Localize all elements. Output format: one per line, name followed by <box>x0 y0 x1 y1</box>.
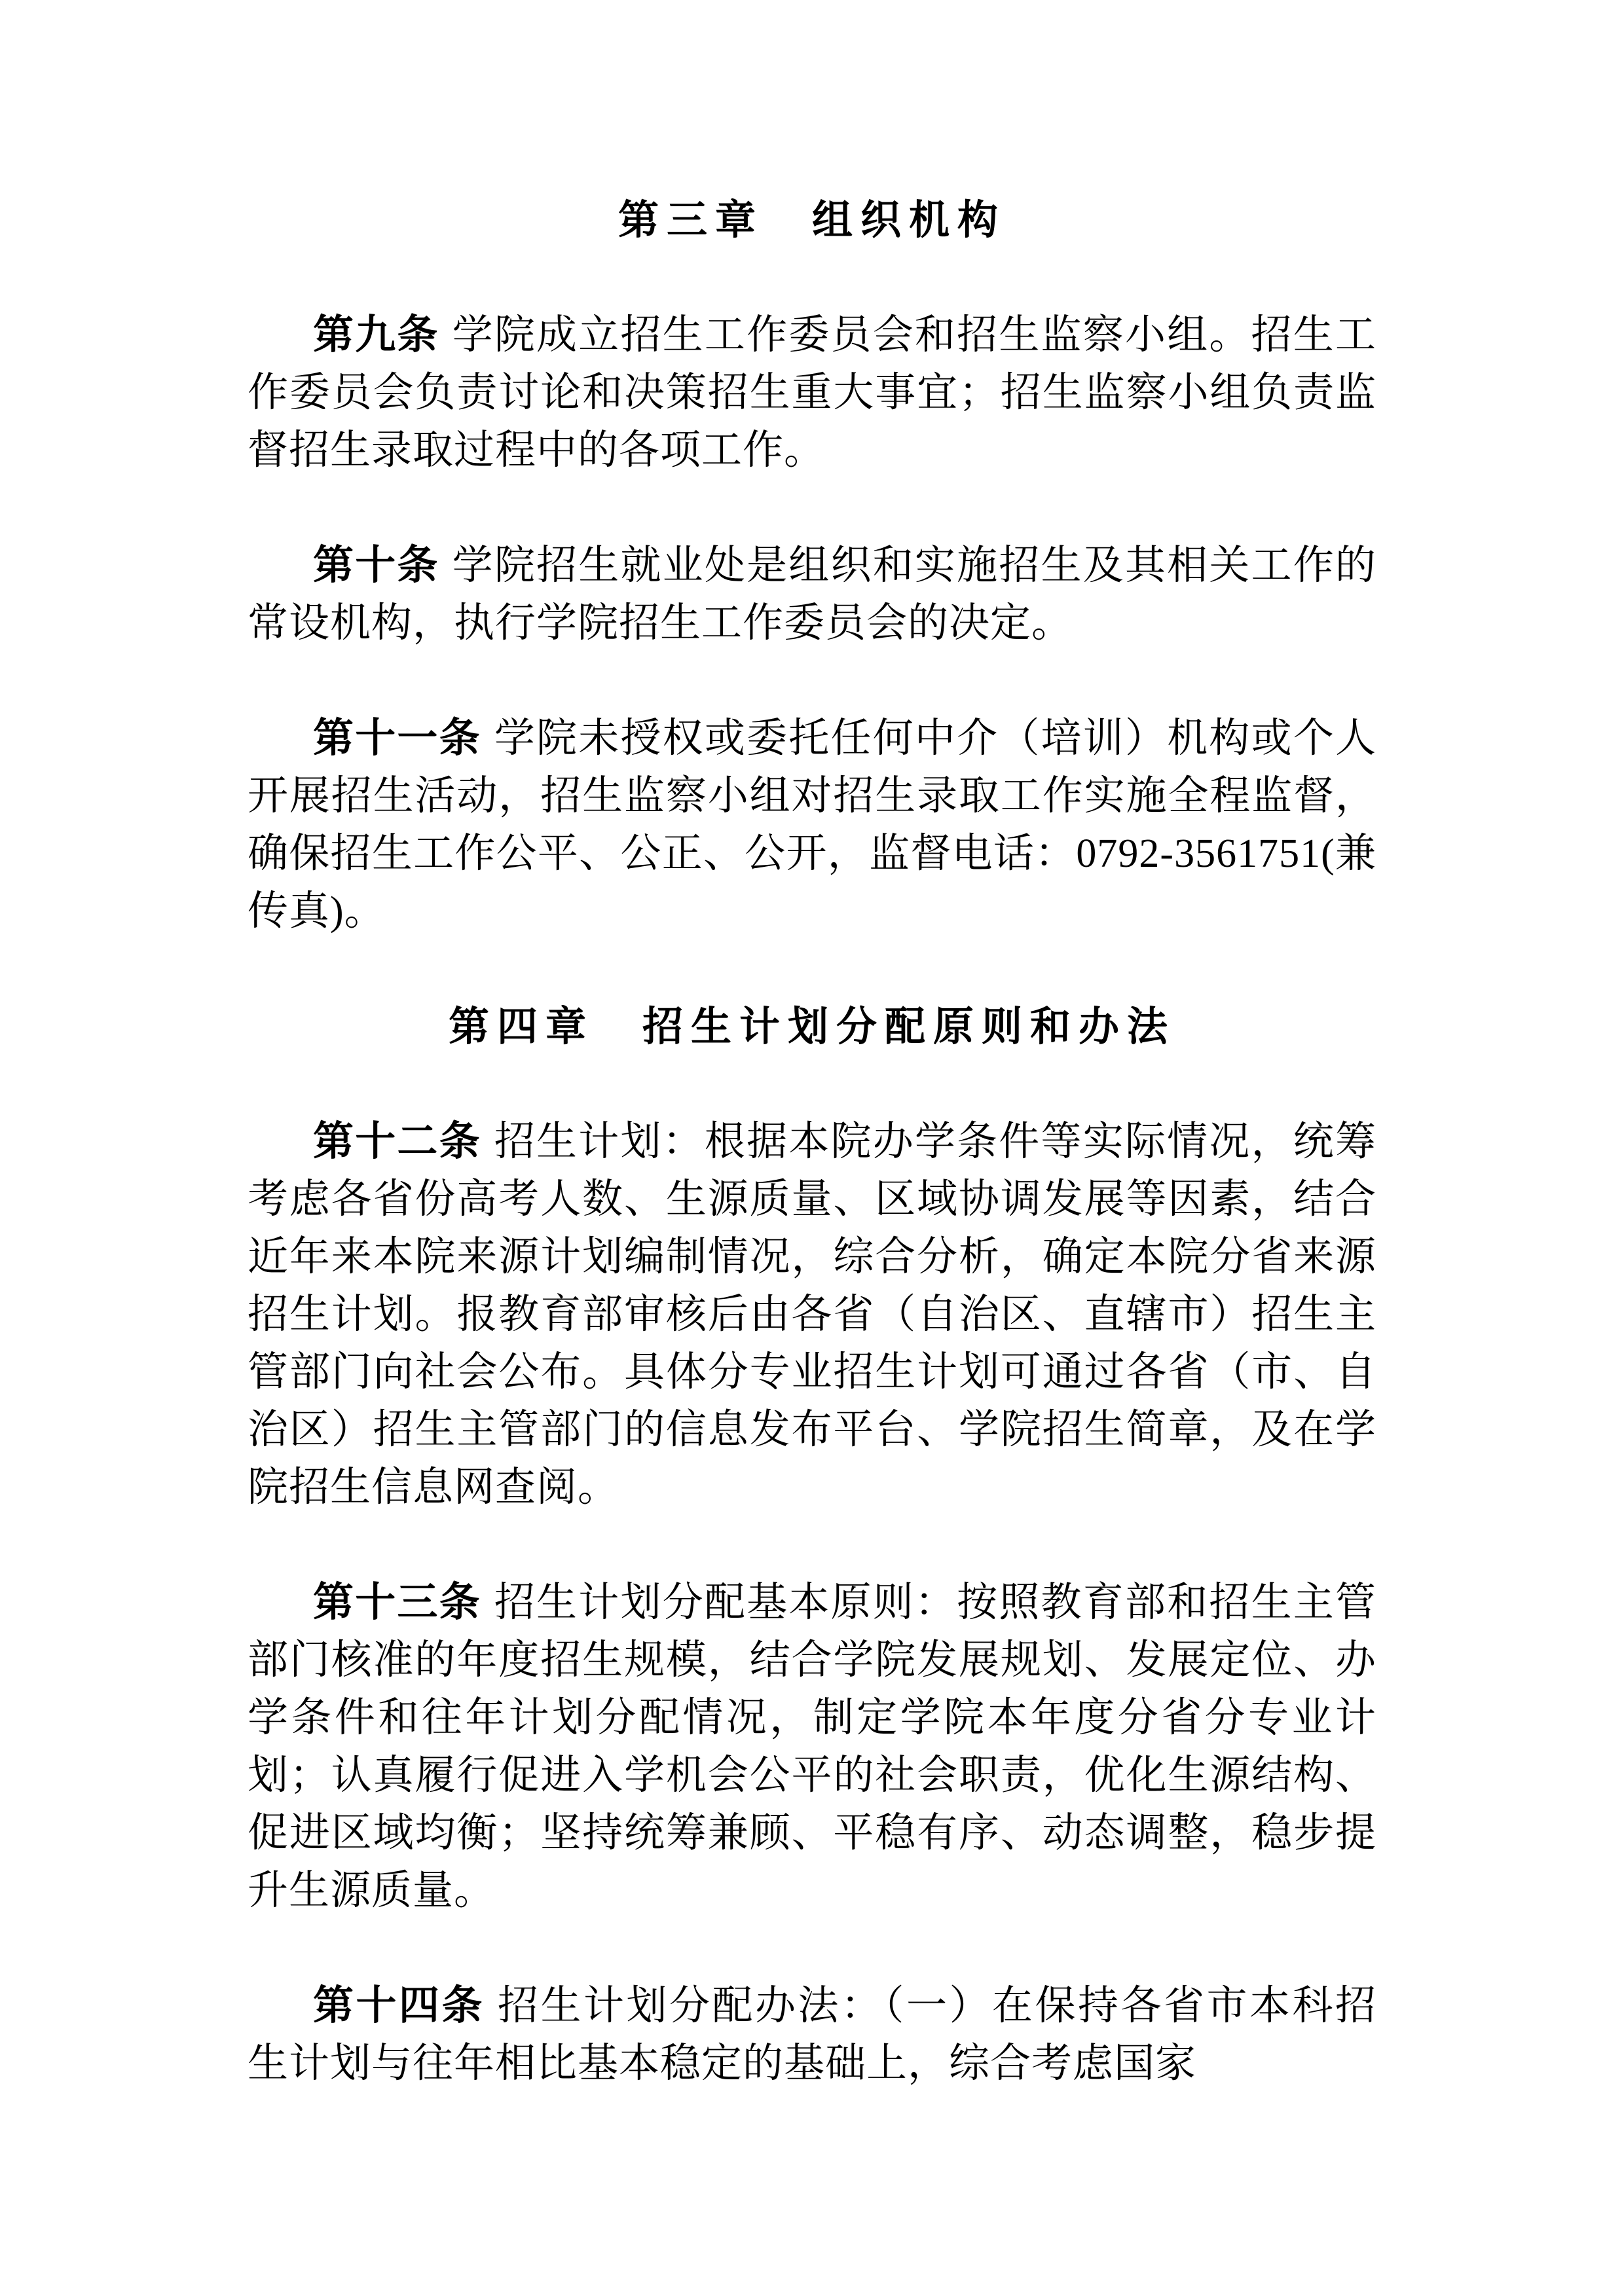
article-9-label: 第九条 <box>313 313 439 357</box>
article-13-text: 招生计划分配基本原则：按照教育部和招生主管部门核准的年度招生规模，结合学院发展规… <box>248 1580 1376 1913</box>
article-12-label: 第十二条 <box>313 1120 481 1164</box>
article-14-label: 第十四条 <box>313 1984 485 2028</box>
article-paragraph-13: 第十三条招生计划分配基本原则：按照教育部和招生主管部门核准的年度招生规模，结合学… <box>248 1574 1376 1920</box>
document-page: 第三章 组织机构 第九条学院成立招生工作委员会和招生监察小组。招生工作委员会负责… <box>0 0 1624 2296</box>
article-12-text: 招生计划：根据本院办学条件等实际情况，统筹考虑各省份高考人数、生源质量、区域协调… <box>248 1120 1376 1510</box>
chapter-4-heading: 第四章 招生计划分配原则和办法 <box>248 998 1376 1057</box>
article-13-label: 第十三条 <box>313 1580 481 1625</box>
article-paragraph-12: 第十二条招生计划：根据本院办学条件等实际情况，统筹考虑各省份高考人数、生源质量、… <box>248 1113 1376 1516</box>
article-paragraph-9: 第九条学院成立招生工作委员会和招生监察小组。招生工作委员会负责讨论和决策招生重大… <box>248 306 1376 479</box>
article-paragraph-10: 第十条学院招生就业处是组织和实施招生及其相关工作的常设机构，执行学院招生工作委员… <box>248 537 1376 652</box>
article-10-label: 第十条 <box>313 543 439 588</box>
chapter-3-heading: 第三章 组织机构 <box>248 191 1376 250</box>
article-11-label: 第十一条 <box>313 716 481 761</box>
article-paragraph-11: 第十一条学院未授权或委托任何中介（培训）机构或个人开展招生活动，招生监察小组对招… <box>248 710 1376 940</box>
article-paragraph-14: 第十四条招生计划分配办法：（一）在保持各省市本科招生计划与往年相比基本稳定的基础… <box>248 1977 1376 2092</box>
